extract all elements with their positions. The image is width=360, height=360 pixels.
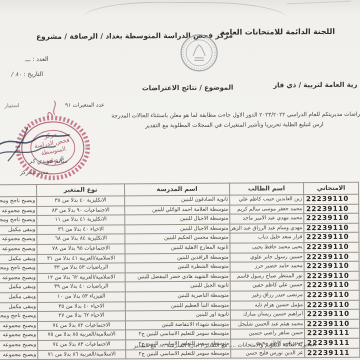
number-value: ـــ	[25, 56, 30, 63]
result-cell: ويصبح مجموعه	[0, 206, 37, 216]
result-cell: ويصبح ناجح ومجـ	[0, 216, 37, 226]
col-school-name: اسم المدرسة	[125, 183, 230, 196]
signatory-title: مدير المركز	[20, 170, 49, 176]
result-cell: ويصبح ناجح ومجـ	[0, 312, 37, 322]
school-name-cell: متوسطة الاجيال للبنين	[125, 214, 230, 224]
result-cell: ويصبح مجموعه	[0, 321, 38, 331]
change-type-cell: الاحياء ٦٢ بدلا من ٢٧	[37, 311, 125, 321]
student-name-cell: عز الدين نورس فليح حسن	[231, 348, 305, 358]
scan-edge-artifact	[83, 1, 289, 19]
col-exam-number: الامتحاني	[304, 182, 359, 194]
change-type-cell: الانكليزية ٤١ بدلا من ١١	[37, 215, 125, 225]
change-type-cell: الاسلامية/العربية ٦٢ بدلا من ١٢	[37, 273, 125, 283]
student-name-cell: محمد هيثم عبد الحسن شليجل	[230, 319, 304, 329]
student-name-cell: يحيى محمد حافظ يحيى	[230, 243, 304, 253]
change-type-cell: الاجتماعيات ٨٢ بدلا من ٧٤	[37, 321, 125, 331]
result-cell: ويبقى مكمل	[0, 254, 37, 264]
student-name-cell: قرار سعد خليل ذياب	[230, 233, 304, 243]
change-type-cell: الرياضيات ٥٣ بدلا من ٣٣	[37, 263, 125, 273]
change-type-cell: الرياضيات ٤٠ بدلا من ٣٩	[37, 282, 125, 292]
table-row: 22239111 عز الدين نورس فليح حسن متوسطة س…	[0, 348, 360, 360]
school-name-cell: ثانوية الجبل للبنين	[125, 281, 230, 291]
col-change-type: نوع المتغير	[37, 184, 125, 197]
col-result	[0, 185, 37, 197]
student-name-cell: ابراهيم حسين ريسان مبارك	[230, 310, 304, 320]
exam-number-cell: 22239110	[304, 290, 359, 300]
school-name-cell: متوسطة الناصرية للبنين	[125, 291, 230, 301]
document-date-line: التاريخ : ٨٠ /	[11, 71, 43, 78]
exam-number-cell: 22239110	[304, 213, 359, 223]
result-cell: ويبقى مكمل	[0, 302, 37, 312]
school-name-cell: متوسطة العلامة احمد الوائلي للبنين	[125, 205, 230, 215]
change-type-cell: الاجتماعيات ٨٣ بدلا من ٧٤	[38, 340, 126, 350]
school-name-cell: متوسطة النبأ العظيم للبنين	[125, 301, 230, 311]
student-name-cell: محمد حامد خضير حرز	[230, 262, 304, 272]
exam-number-cell: 22239110	[304, 233, 359, 243]
eagle-emblem-glyph	[193, 45, 205, 61]
exam-number-cell: 22239110	[304, 242, 359, 252]
student-name-cell: حسين رسول جابر علوي	[230, 252, 304, 262]
number-label: العدد :	[32, 56, 48, 63]
document-page: اللجنة الدائمة للامتحانات العامة مركز فح…	[0, 0, 360, 360]
change-type-cell: الاسلامية/العربية ٤١ بدلا من ٣١	[37, 253, 125, 263]
change-type-cell: الاحياء ٤٠ بدلا من ٣٦	[37, 225, 125, 235]
result-cell: ويصبح ناجح ومجـ	[0, 264, 37, 274]
exam-number-cell: 22239110	[304, 309, 359, 319]
school-name-cell: ثانوية الصادقون للبنين	[125, 195, 230, 205]
student-name-cell: محمد جعفر موسى سالم كريم	[230, 204, 304, 214]
change-type-cell: الانكليزية ٨٤ بدلا من ٦٨	[37, 234, 125, 244]
student-name-cell: نور المنتظر صباح رسول قاسم	[230, 271, 304, 281]
exam-number-cell: 22239111	[305, 329, 360, 339]
school-name-cell: متوسطة شهداء الانتفاضة للبنين	[125, 320, 230, 330]
exam-number-cell: 22239110	[304, 252, 359, 262]
change-type-cell: الاسلامية/العربية ٨٦ بدلا من ٧١	[38, 349, 126, 359]
official-emblem-stamp	[179, 33, 219, 73]
change-type-cell: الفيزياء ٥٣ بدلا من ١٠	[37, 292, 125, 302]
result-cell: ويصبح ناجح ومجـ	[0, 197, 37, 207]
exam-number-cell: 22239111	[305, 348, 360, 358]
student-name-cell: زين العابدين حبيب كاظم علي	[230, 195, 304, 205]
result-cell: ويبقى مكمل	[0, 292, 37, 302]
exam-number-cell: 22239110	[304, 319, 359, 329]
result-cell: ويصبح مجموعه	[0, 331, 38, 341]
exam-number-cell: 22239110	[304, 261, 359, 271]
committee-title: اللجنة الدائمة للامتحانات العامة	[220, 27, 335, 37]
school-name-cell: متوسطة الرافدين للبنين	[125, 253, 230, 263]
signatory-name: سالم هويدي كر	[29, 158, 67, 165]
change-type-cell: الاسلامية/العربية ٨٥ بدلا من ٧٥	[38, 330, 126, 340]
handwritten-date-value: ٨٠ /	[11, 71, 21, 78]
exam-number-cell: 22239110	[304, 281, 359, 291]
exam-number-cell: 22239110	[304, 223, 359, 233]
result-cell: ويصبح مجموعه	[0, 273, 37, 283]
school-name-cell: ثانوية المعارج الاهلية للبنين	[125, 243, 230, 253]
exam-number-cell: 22239110	[304, 194, 359, 204]
directorate-line: رية العامة لتربية / ذي قار	[273, 81, 357, 90]
student-name-cell: محمد مهدي عبد الامير ماجد	[230, 214, 304, 224]
result-cell: ويصبح مجموعه	[0, 350, 38, 360]
student-name-cell: مرتضى حيدر رزاق زغير	[230, 291, 304, 301]
exam-number-cell: 22239110	[304, 271, 359, 281]
exam-number-cell: 22239110	[304, 300, 359, 310]
student-name-cell: حسن ساهر راضي حسين	[231, 329, 305, 339]
subject-line: الموضوع / نتائج الاعتراضات	[142, 84, 233, 93]
school-name-cell: متوسطة الشطرة للبنين	[125, 262, 230, 272]
result-cell: ويصبح مجموعه	[0, 235, 37, 245]
document-number-line: العدد : ـــ	[25, 56, 48, 63]
date-label: التاريخ :	[24, 71, 44, 78]
student-name-cell: مهدي وسام عبد الرزاق عبد الزهره	[230, 223, 304, 233]
school-name-cell: ثانوية اور للبنين	[125, 310, 230, 320]
result-cell: ويبقى مكمل	[0, 283, 37, 293]
objections-results-table: الامتحاني اسم الطالب اسم المدرسة نوع الم…	[0, 182, 360, 360]
student-name-cell: حسين علي كاظم حفين	[230, 281, 304, 291]
change-type-cell: الاجتماعيات ٩٥ بدلا من ٧٨	[37, 244, 125, 254]
school-name-cell: متوسطة الاجيال للبنين	[125, 224, 230, 234]
scanned-document: اللجنة الدائمة للامتحانات العامة مركز فح…	[0, 0, 360, 360]
school-name-cell: متوسطة سومر للتعليم الاساسي للبنين ج٢	[126, 329, 231, 339]
copy-to-footer: المديرية العامة للتقويم والامتحانات ....…	[134, 342, 317, 349]
scan-edge-tick	[287, 1, 351, 5]
change-type-cell: الاحياء ٤٠ بدلا من ٣٥	[37, 301, 125, 311]
school-name-cell: متوسطة محسن الحكيم للبنين	[125, 234, 230, 244]
change-type-cell: الاجتماعيات ٩٠ بدلا من ٨٣	[37, 205, 125, 215]
col-student-name: اسم الطالب	[230, 183, 304, 196]
result-cell: ويصبح مجموعه	[0, 244, 37, 254]
table-body: 22239110 زين العابدين حبيب كاظم علي ثانو…	[0, 194, 360, 360]
exam-number-cell: 22239110	[304, 204, 359, 214]
student-name-cell: مؤمل حسين هزام ثايه	[230, 300, 304, 310]
school-name-cell: متوسطة الشهيد هادي خضر المفضل للبنين	[125, 272, 230, 282]
result-cell: ويصبح مجموعه	[0, 340, 38, 350]
result-cell: ويبقى مكمل	[0, 225, 37, 235]
change-type-cell: الانكليزية ٤٠ بدلا من ٣٨	[37, 196, 125, 206]
school-name-cell: متوسطة سومر للتعليم الاساسي للبنين ج٢	[126, 349, 231, 359]
